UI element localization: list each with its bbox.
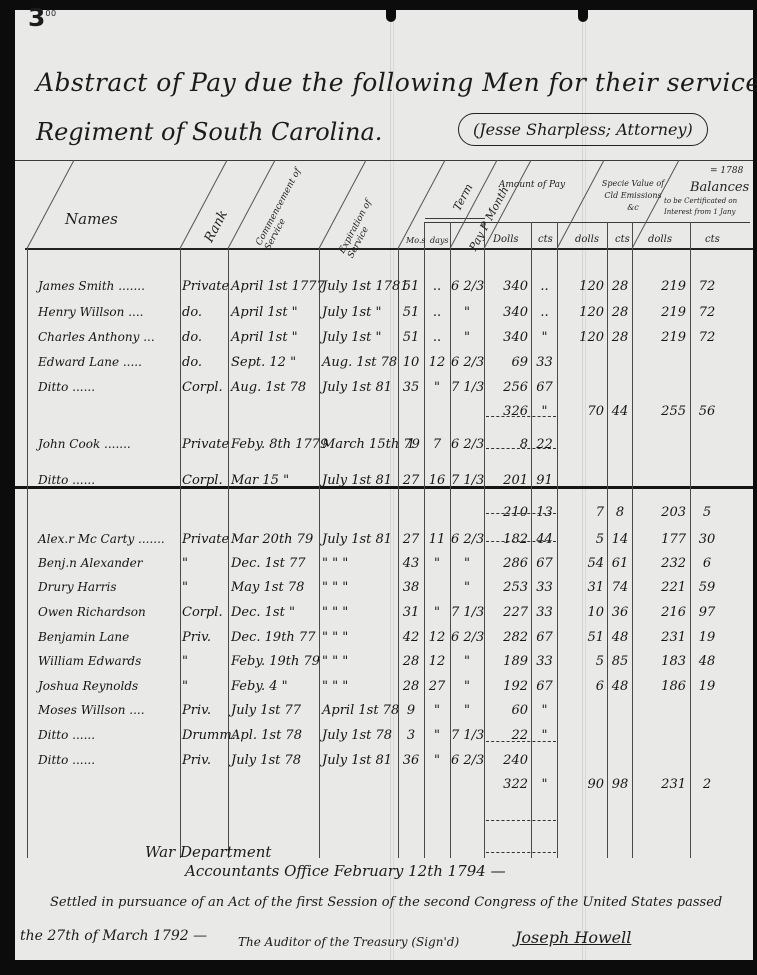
cell-rate: 6 2/3 <box>451 532 483 547</box>
cell-days: 12 <box>425 630 449 645</box>
cell-amt-c: 33 <box>533 654 556 669</box>
subtotal-rule <box>486 541 556 542</box>
cell-rank: Priv. <box>182 703 228 718</box>
cell-mos: 1 <box>399 437 423 452</box>
cell-days: " <box>425 556 449 571</box>
cell-rate: 6 2/3 <box>451 355 483 370</box>
cell-amt-c: .. <box>533 279 556 294</box>
cell-amt-d: 189 <box>486 654 528 669</box>
paper-notch <box>386 0 396 22</box>
cell-bal-d: 231 <box>634 630 686 645</box>
cell-amt-c: " <box>533 703 556 718</box>
cell-mos: 27 <box>399 473 423 488</box>
cell-end: July 1st 81 <box>322 380 397 395</box>
cell-sp-d: 5 <box>560 532 604 547</box>
cell-name: Henry Willson .... <box>38 305 178 319</box>
cell-end: July 1st 78 <box>322 728 397 743</box>
cell-sp-c: 28 <box>609 279 631 294</box>
cell-name: Ditto ...... <box>38 473 178 487</box>
col-rule <box>531 222 532 858</box>
table-top-rule <box>15 160 753 161</box>
cell-name: Alex.r Mc Carty ....... <box>38 532 178 546</box>
cell-sp-c: 14 <box>609 532 631 547</box>
cell-amt-c: " <box>533 330 556 345</box>
cell-sp-d: 6 <box>560 679 604 694</box>
paper-fold <box>582 10 586 960</box>
cell-sp-d: 7 <box>560 505 604 520</box>
cell-start: July 1st 78 <box>231 753 317 768</box>
cell-bal-d: 219 <box>634 305 686 320</box>
cell-end: July 1st " <box>322 330 397 345</box>
cell-bal-d: 221 <box>634 580 686 595</box>
cell-end: July 1st 1781 <box>322 279 397 294</box>
cell-rate: 7 1/3 <box>451 605 483 620</box>
cell-days: 12 <box>425 654 449 669</box>
cell-amt-c: 33 <box>533 605 556 620</box>
cell-sp-c: 8 <box>609 505 631 520</box>
cell-rank: Private <box>182 532 228 547</box>
cell-name: Edward Lane ..... <box>38 355 178 369</box>
cell-sp-c: 48 <box>609 679 631 694</box>
cell-name: Joshua Reynolds <box>38 679 178 693</box>
footer-signature: Joseph Howell <box>515 928 631 947</box>
cell-days: " <box>425 728 449 743</box>
cell-days: 7 <box>425 437 449 452</box>
cell-amt-d: 253 <box>486 580 528 595</box>
col-header-amount-dolls: Dolls <box>493 234 519 245</box>
cell-start: Aug. 1st 78 <box>231 380 317 395</box>
cell-amt-c: 33 <box>533 580 556 595</box>
cell-bal-c: 2 <box>692 777 722 792</box>
cell-rank: Corpl. <box>182 473 228 488</box>
cell-bal-c: 72 <box>692 279 722 294</box>
cell-start: April 1st " <box>231 330 317 345</box>
cell-amt-d: 60 <box>486 703 528 718</box>
cell-mos: 36 <box>399 753 423 768</box>
cell-rank: " <box>182 580 228 595</box>
cell-bal-c: 19 <box>692 630 722 645</box>
cell-rate: " <box>451 703 483 718</box>
cell-end: " " " <box>322 679 397 694</box>
page-number: 3 <box>28 3 44 32</box>
cell-bal-c: 19 <box>692 679 722 694</box>
cell-days: .. <box>425 305 449 320</box>
subtotal-rule <box>486 852 556 853</box>
cell-sp-d: 51 <box>560 630 604 645</box>
cell-sp-c: 98 <box>609 777 631 792</box>
cell-start: Sept. 12 " <box>231 355 317 370</box>
term-subheader-rule <box>425 218 485 219</box>
cell-rank: Priv. <box>182 630 228 645</box>
cell-start: July 1st 77 <box>231 703 317 718</box>
cell-amt-d: 340 <box>486 279 528 294</box>
cell-start: Mar 15 " <box>231 473 317 488</box>
header-bottom-rule <box>25 248 753 250</box>
cell-bal-d: 219 <box>634 279 686 294</box>
cell-start: Feby. 4 " <box>231 679 317 694</box>
cell-name: Benjamin Lane <box>38 630 178 644</box>
cell-amt-d: 240 <box>486 753 528 768</box>
cell-name: Moses Willson .... <box>38 703 178 717</box>
cell-mos: 9 <box>399 703 423 718</box>
cell-rank: Private <box>182 437 228 452</box>
cell-sp-c: 74 <box>609 580 631 595</box>
cell-amt-d: 201 <box>486 473 528 488</box>
cell-bal-c: 56 <box>692 404 722 419</box>
cell-amt-c: 22 <box>533 437 556 452</box>
cell-bal-d: 231 <box>634 777 686 792</box>
cell-start: April 1st " <box>231 305 317 320</box>
cell-bal-c: 97 <box>692 605 722 620</box>
cell-bal-d: 219 <box>634 330 686 345</box>
cell-name: Charles Anthony ... <box>38 330 178 344</box>
footer-settled-text: Settled in pursuance of an Act of the fi… <box>50 895 722 910</box>
cell-sp-c: 85 <box>609 654 631 669</box>
cell-amt-d: 256 <box>486 380 528 395</box>
cell-start: Feby. 19th 79 <box>231 654 317 669</box>
cell-end: " " " <box>322 654 397 669</box>
cell-bal-c: 30 <box>692 532 722 547</box>
cell-rate: 7 1/3 <box>451 380 483 395</box>
cell-mos: 51 <box>399 330 423 345</box>
subheader-rule <box>425 222 750 223</box>
cell-rate: " <box>451 330 483 345</box>
cell-end: Aug. 1st 78 <box>322 355 397 370</box>
cell-rank: Priv. <box>182 753 228 768</box>
col-rule <box>484 222 485 858</box>
col-header-balances-sub: to be Certificated on Interest from 1 Ja… <box>664 196 756 218</box>
col-rule <box>228 248 229 858</box>
cell-bal-d: 216 <box>634 605 686 620</box>
cell-rank: Private <box>182 279 228 294</box>
cell-amt-d: 340 <box>486 305 528 320</box>
col-header-balances-cts: cts <box>705 234 720 245</box>
cell-mos: 10 <box>399 355 423 370</box>
cell-rate: " <box>451 679 483 694</box>
col-header-balances-dolls: dolls <box>648 234 672 245</box>
cell-name: Owen Richardson <box>38 605 178 619</box>
cell-amt-d: 227 <box>486 605 528 620</box>
cell-name: William Edwards <box>38 654 178 668</box>
cell-rate: 7 1/3 <box>451 728 483 743</box>
cell-rank: Drumm. <box>182 728 228 743</box>
cell-mos: 35 <box>399 380 423 395</box>
cell-rank: Corpl. <box>182 605 228 620</box>
col-header-specie-dolls: dolls <box>575 234 599 245</box>
cell-mos: 43 <box>399 556 423 571</box>
cell-mos: 31 <box>399 605 423 620</box>
cell-amt-d: 322 <box>486 777 528 792</box>
cell-days: " <box>425 753 449 768</box>
col-rule <box>180 248 181 858</box>
cell-sp-c: 28 <box>609 330 631 345</box>
cell-start: Dec. 1st " <box>231 605 317 620</box>
cell-name: Benj.n Alexander <box>38 556 178 570</box>
cell-mos: 27 <box>399 532 423 547</box>
cell-rate: 7 1/3 <box>451 473 483 488</box>
cell-amt-d: 282 <box>486 630 528 645</box>
cell-sp-d: 120 <box>560 305 604 320</box>
col-rule <box>27 248 28 858</box>
cell-start: Feby. 8th 1779 <box>231 437 317 452</box>
cell-name: John Cook ....... <box>38 437 178 451</box>
cell-sp-c: 36 <box>609 605 631 620</box>
cell-bal-d: 203 <box>634 505 686 520</box>
cell-mos: 28 <box>399 654 423 669</box>
cell-end: July 1st 81 <box>322 532 397 547</box>
cell-end: April 1st 78 <box>322 703 397 718</box>
cell-bal-d: 186 <box>634 679 686 694</box>
cell-sp-d: 54 <box>560 556 604 571</box>
cell-start: May 1st 78 <box>231 580 317 595</box>
cell-days: " <box>425 380 449 395</box>
cell-bal-d: 255 <box>634 404 686 419</box>
cell-sp-d: 120 <box>560 279 604 294</box>
cell-mos: 3 <box>399 728 423 743</box>
cell-end: July 1st 81 <box>322 753 397 768</box>
cell-end: " " " <box>322 605 397 620</box>
col-rule <box>319 248 320 858</box>
subtotal-rule <box>486 448 556 449</box>
cell-bal-c: 48 <box>692 654 722 669</box>
page-stamp: 30 0 <box>28 3 54 32</box>
cell-sp-d: 5 <box>560 654 604 669</box>
cell-days: 12 <box>425 355 449 370</box>
cell-amt-c: 67 <box>533 556 556 571</box>
page-stamp-sup: 0 0 <box>45 9 55 18</box>
cell-rank: do. <box>182 355 228 370</box>
cell-rank: do. <box>182 305 228 320</box>
cell-end: " " " <box>322 580 397 595</box>
subtotal-rule <box>486 513 556 514</box>
cell-bal-c: 6 <box>692 556 722 571</box>
cell-sp-c: 48 <box>609 630 631 645</box>
cell-sp-c: 44 <box>609 404 631 419</box>
cell-days: .. <box>425 279 449 294</box>
cell-end: " " " <box>322 556 397 571</box>
cell-mos: 28 <box>399 679 423 694</box>
subtotal-rule <box>486 741 556 742</box>
cell-bal-c: 5 <box>692 505 722 520</box>
subtotal-rule <box>486 416 556 417</box>
col-header-amount: Amount of Pay <box>497 178 567 192</box>
cell-amt-c: 33 <box>533 355 556 370</box>
cell-bal-d: 177 <box>634 532 686 547</box>
cell-start: April 1st 1777 <box>231 279 317 294</box>
cell-bal-c: 72 <box>692 305 722 320</box>
cell-mos: 42 <box>399 630 423 645</box>
cell-sp-d: 70 <box>560 404 604 419</box>
cell-sp-d: 31 <box>560 580 604 595</box>
heading-line-1: Abstract of Pay due the following Men fo… <box>36 68 757 97</box>
col-header-term-months: Mo.s <box>406 236 426 245</box>
cell-name: Drury Harris <box>38 580 178 594</box>
footer-department: War Department <box>145 843 271 861</box>
cell-sp-d: 10 <box>560 605 604 620</box>
col-header-specie-cts: cts <box>615 234 630 245</box>
cell-amt-d: 8 <box>486 437 528 452</box>
cell-amt-d: 182 <box>486 532 528 547</box>
cell-days: 11 <box>425 532 449 547</box>
col-rule <box>607 222 608 858</box>
col-rule <box>690 222 691 858</box>
cell-end: " " " <box>322 630 397 645</box>
footer-office-date: Accountants Office February 12th 1794 — <box>185 862 506 880</box>
paper-notch <box>578 0 588 22</box>
cell-bal-c: 59 <box>692 580 722 595</box>
cell-bal-d: 183 <box>634 654 686 669</box>
cell-days: " <box>425 605 449 620</box>
cell-name: Ditto ...... <box>38 380 178 394</box>
cell-amt-c: 44 <box>533 532 556 547</box>
cell-amt-d: 286 <box>486 556 528 571</box>
cell-amt-d: 192 <box>486 679 528 694</box>
cell-days: 27 <box>425 679 449 694</box>
cell-amt-c: 67 <box>533 679 556 694</box>
cell-rank: " <box>182 679 228 694</box>
cell-mos: 38 <box>399 580 423 595</box>
col-header-balances: Balances <box>690 180 749 195</box>
cell-days: .. <box>425 330 449 345</box>
cell-start: Dec. 19th 77 <box>231 630 317 645</box>
footer-act-date: the 27th of March 1792 — <box>20 928 207 944</box>
cell-sp-d: 120 <box>560 330 604 345</box>
cell-rank: " <box>182 654 228 669</box>
cell-rate: 6 2/3 <box>451 437 483 452</box>
cell-amt-d: 69 <box>486 355 528 370</box>
cell-mos: 51 <box>399 279 423 294</box>
cell-bal-c: 72 <box>692 330 722 345</box>
cell-rate: 6 2/3 <box>451 753 483 768</box>
cell-amt-c: " <box>533 777 556 792</box>
cell-amt-d: 340 <box>486 330 528 345</box>
cell-name: Ditto ...... <box>38 753 178 767</box>
attorney-note: (Jesse Sharpless; Attorney) <box>458 113 708 146</box>
cell-amt-c: .. <box>533 305 556 320</box>
heading-line-2: Regiment of South Carolina. <box>36 118 382 146</box>
subtotal-rule <box>486 820 556 821</box>
cell-sp-c: 28 <box>609 305 631 320</box>
cell-mos: 51 <box>399 305 423 320</box>
col-rule <box>632 222 633 858</box>
cell-name: Ditto ...... <box>38 728 178 742</box>
col-header-balances-year: = 1788 <box>710 166 743 176</box>
cell-rate: " <box>451 580 483 595</box>
cell-rank: " <box>182 556 228 571</box>
cell-end: July 1st " <box>322 305 397 320</box>
col-header-names: Names <box>65 210 118 228</box>
cell-rate: " <box>451 556 483 571</box>
cell-end: July 1st 81 <box>322 473 397 488</box>
col-header-term-days: days <box>430 236 449 245</box>
cell-amt-c: 67 <box>533 630 556 645</box>
cell-name: James Smith ....... <box>38 279 178 293</box>
cell-days: 16 <box>425 473 449 488</box>
cell-days: " <box>425 703 449 718</box>
cell-end: March 15th 79 <box>322 437 397 452</box>
cell-amt-c: 91 <box>533 473 556 488</box>
cell-sp-d: 90 <box>560 777 604 792</box>
cell-start: Dec. 1st 77 <box>231 556 317 571</box>
cell-rate: " <box>451 654 483 669</box>
footer-auditor: The Auditor of the Treasury (Sign'd) <box>238 935 459 949</box>
cell-rate: 6 2/3 <box>451 279 483 294</box>
cell-rate: " <box>451 305 483 320</box>
cell-rank: do. <box>182 330 228 345</box>
col-header-amount-cts: cts <box>538 234 553 245</box>
cell-start: Mar 20th 79 <box>231 532 317 547</box>
cell-rank: Corpl. <box>182 380 228 395</box>
col-rule <box>557 222 558 858</box>
cell-rate: 6 2/3 <box>451 630 483 645</box>
cell-amt-c: 67 <box>533 380 556 395</box>
col-header-specie: Specie Value of Cld Emissions &c <box>598 178 668 214</box>
cell-bal-d: 232 <box>634 556 686 571</box>
cell-start: Apl. 1st 78 <box>231 728 317 743</box>
cell-sp-c: 61 <box>609 556 631 571</box>
